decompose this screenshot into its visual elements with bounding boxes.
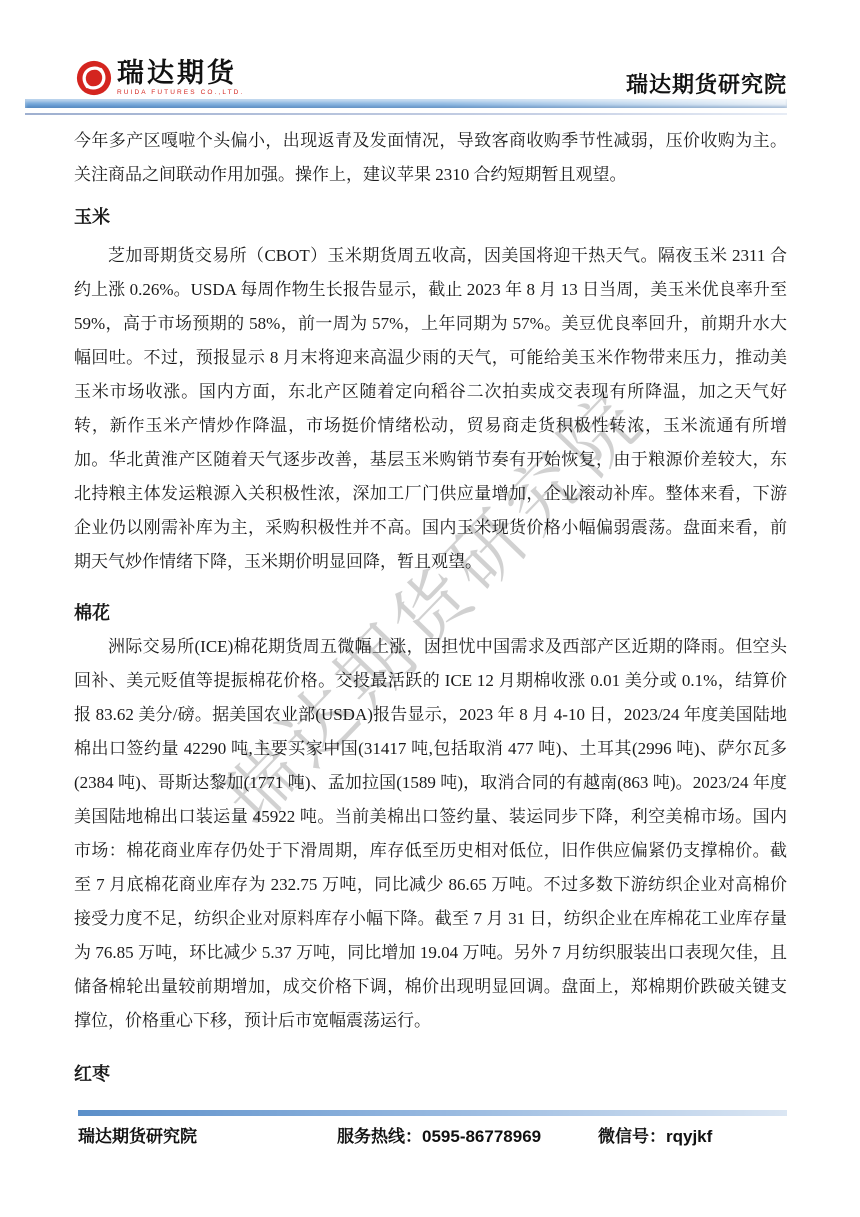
footer-hotline: 服务热线：0595-86778969 — [337, 1122, 541, 1152]
footer-wechat-label: 微信号： — [598, 1127, 666, 1146]
section-heading-jujube: 红枣 — [74, 1057, 787, 1091]
footer-hotline-number: 0595-86778969 — [422, 1127, 541, 1146]
apple-summary-paragraph: 今年多产区嘎啦个头偏小，出现返青及发面情况，导致客商收购季节性减弱，压价收购为主… — [74, 124, 787, 192]
footer-institute: 瑞达期货研究院 — [78, 1122, 197, 1152]
header-institute-title: 瑞达期货研究院 — [626, 68, 787, 99]
logo-text-block: 瑞达期货 RUIDA FUTURES CO.,LTD. — [117, 58, 244, 96]
header-divider-bar — [25, 99, 787, 108]
footer-wechat-id: rqyjkf — [666, 1127, 712, 1146]
report-body: 今年多产区嘎啦个头偏小，出现返青及发面情况，导致客商收购季节性减弱，压价收购为主… — [74, 124, 787, 1091]
report-page: 瑞达期货 RUIDA FUTURES CO.,LTD. 瑞达期货研究院 瑞达期货… — [0, 0, 860, 1217]
footer-wechat: 微信号：rqyjkf — [598, 1122, 712, 1152]
logo-company-subtitle: RUIDA FUTURES CO.,LTD. — [117, 89, 244, 96]
logo-company-name: 瑞达期货 — [117, 58, 244, 88]
page-footer: 瑞达期货研究院 服务热线：0595-86778969 微信号：rqyjkf — [0, 1122, 860, 1152]
section-heading-cotton: 棉花 — [74, 596, 787, 630]
company-logo: 瑞达期货 RUIDA FUTURES CO.,LTD. — [76, 58, 244, 96]
footer-hotline-label: 服务热线： — [337, 1127, 422, 1146]
cotton-section-paragraph: 洲际交易所(ICE)棉花期货周五微幅上涨，因担忧中国需求及西部产区近期的降雨。但… — [74, 630, 787, 1038]
corn-section-paragraph: 芝加哥期货交易所（CBOT）玉米期货周五收高，因美国将迎干热天气。隔夜玉米 23… — [74, 239, 787, 579]
section-heading-corn: 玉米 — [74, 200, 787, 234]
ruida-logo-icon — [76, 60, 112, 96]
header-divider-line — [25, 113, 787, 115]
footer-divider-bar — [78, 1110, 787, 1116]
